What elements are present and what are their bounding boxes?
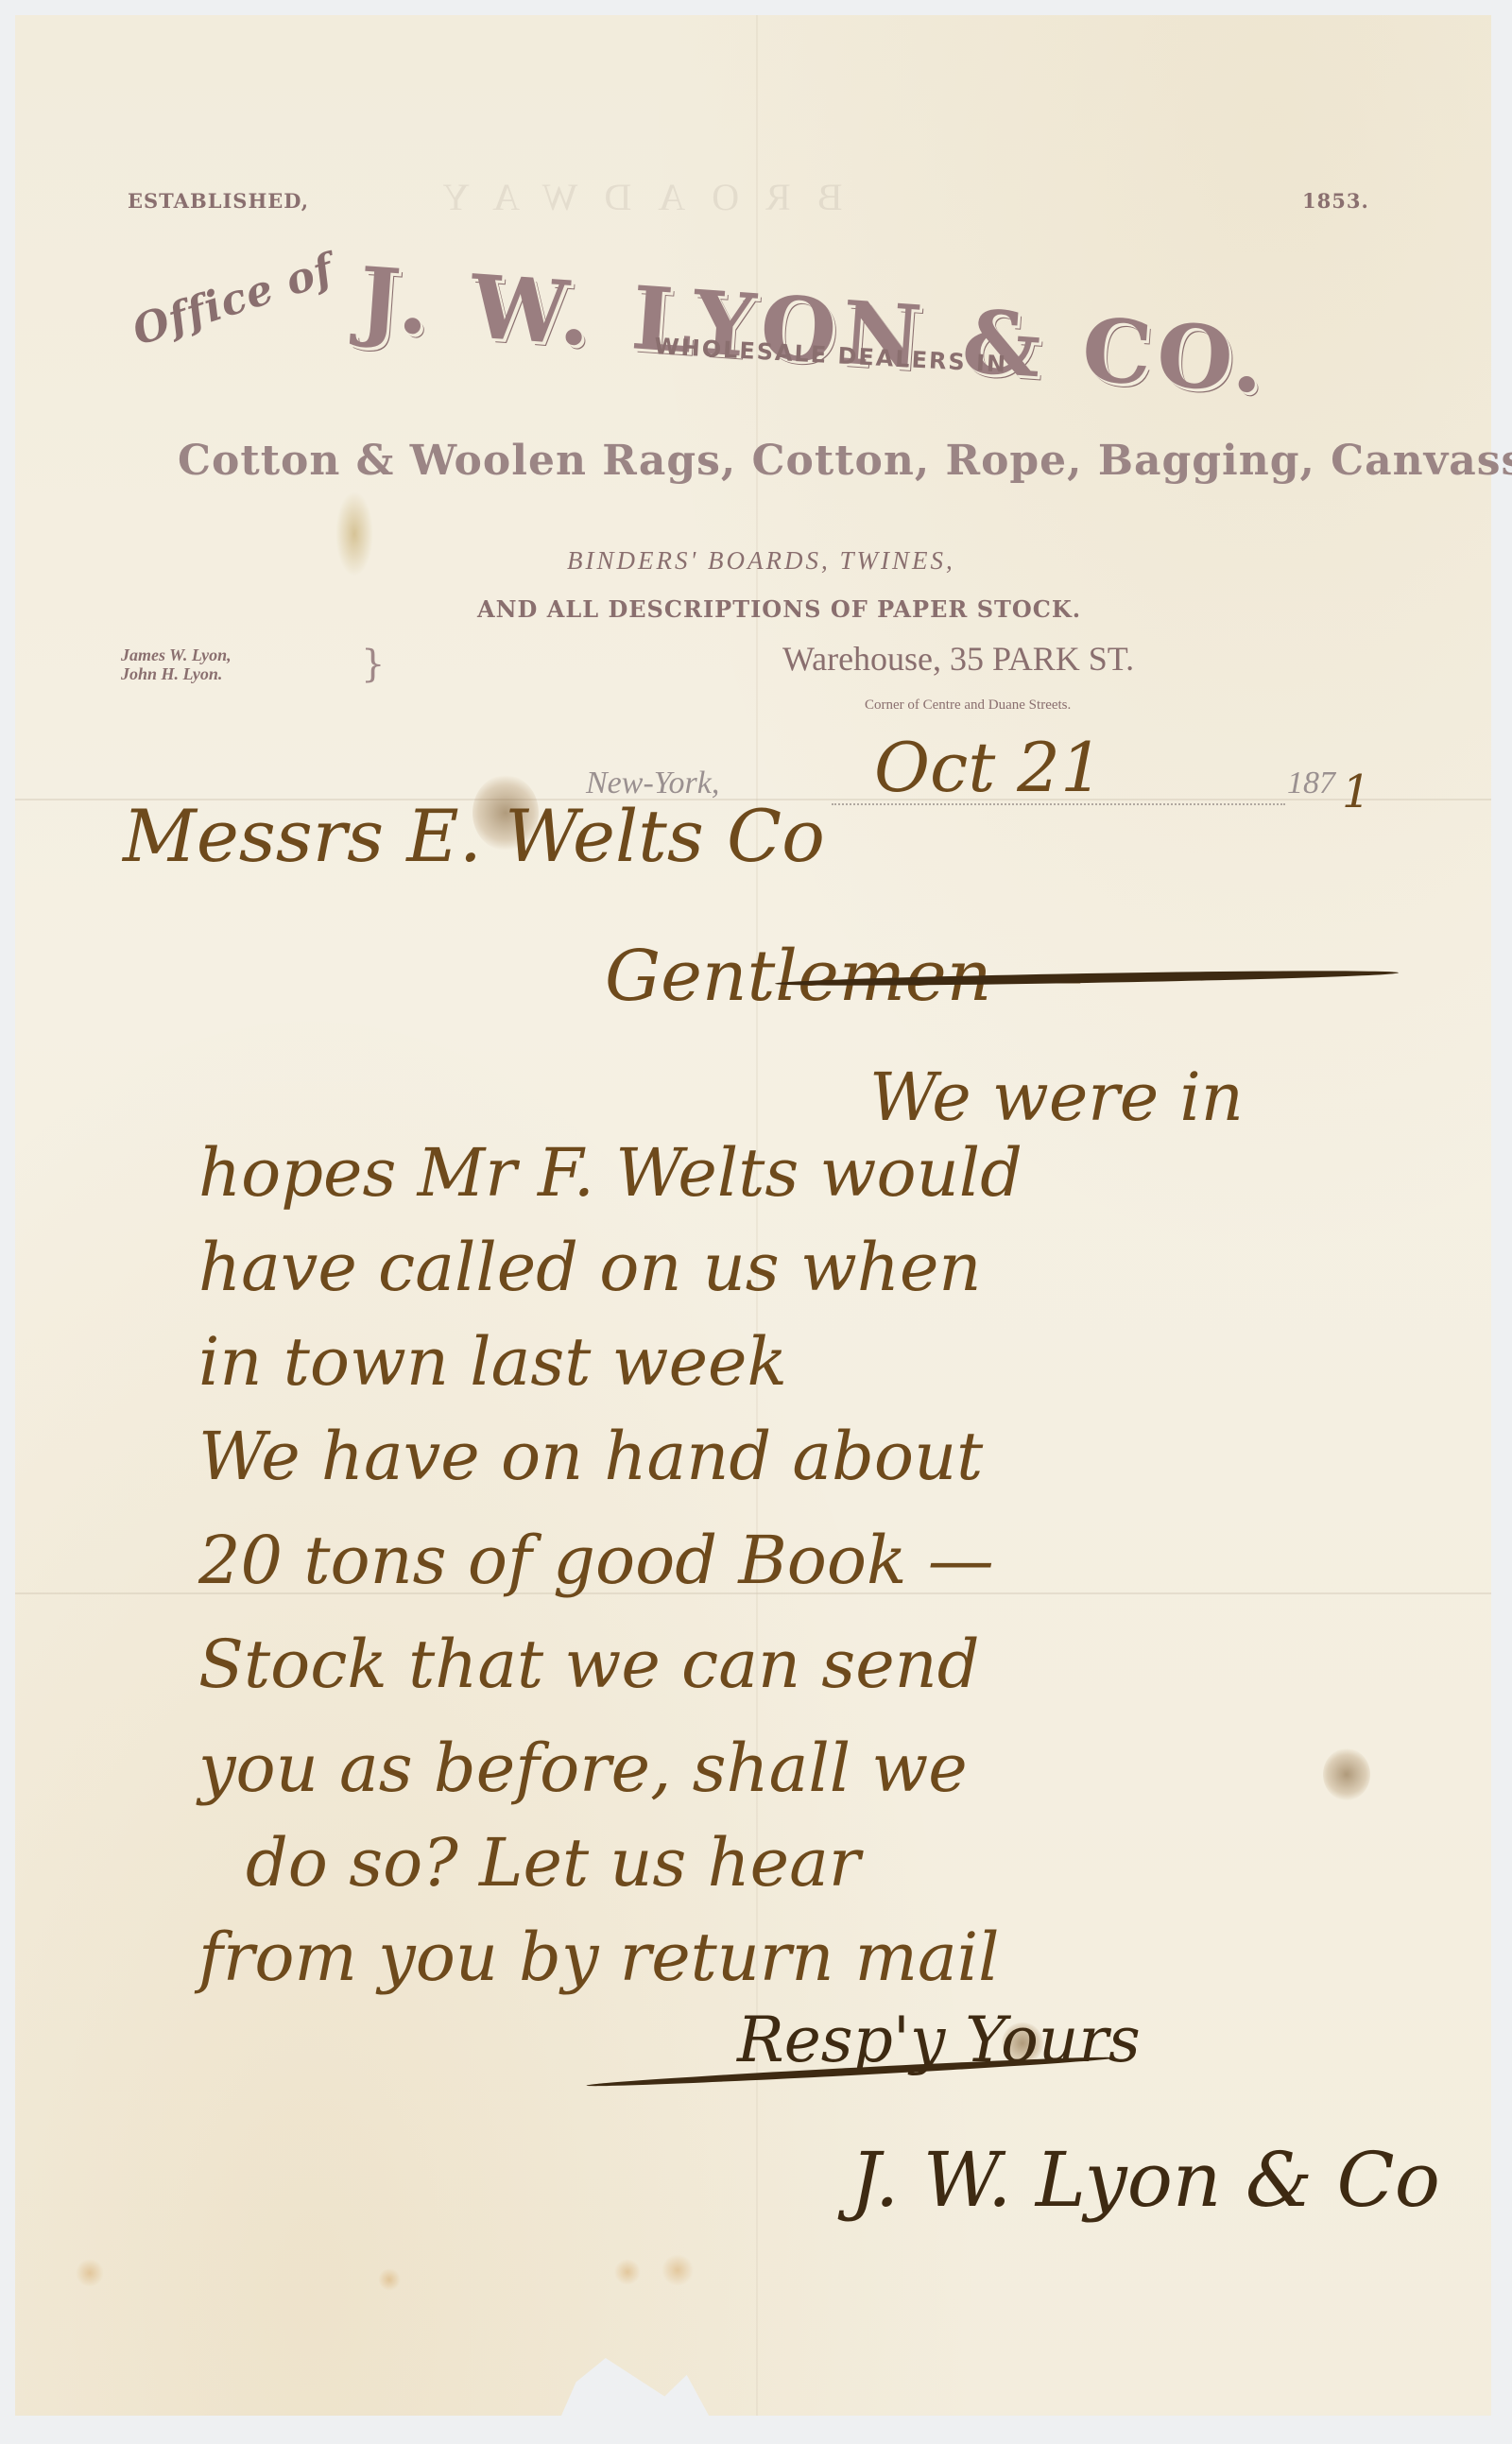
body-line: hopes Mr F. Welts would: [198, 1134, 1022, 1212]
paper-stock-line: AND ALL DESCRIPTIONS OF PAPER STOCK.: [477, 595, 1081, 623]
body-line: We were in: [869, 1058, 1244, 1136]
foxing-spot: [335, 491, 373, 577]
warehouse-address: Warehouse, 35 PARK ST.: [782, 639, 1134, 679]
foxing-spot: [614, 2259, 641, 2285]
partner-names: James W. Lyon, John H. Lyon.: [121, 645, 232, 683]
ink-stain: [1323, 1748, 1370, 1800]
established-label: ESTABLISHED,: [128, 189, 309, 213]
corner-address: Corner of Centre and Duane Streets.: [865, 697, 1071, 714]
goods-line: Cotton & Woolen Rags, Cotton, Rope, Bagg…: [178, 437, 1512, 485]
date-handwritten: Oct 21: [874, 728, 1104, 807]
foxing-spot: [661, 2254, 694, 2286]
recipient-line: Messrs E. Welts Co: [123, 794, 825, 878]
established-year: 1853.: [1302, 189, 1369, 213]
body-line: Stock that we can send: [198, 1626, 980, 1703]
year-handwritten: 1: [1342, 766, 1371, 818]
partner-name: John H. Lyon.: [121, 664, 232, 683]
body-line: We have on hand about: [198, 1418, 983, 1495]
show-through-text: BROADWAY: [416, 175, 842, 219]
body-line: you as before, shall we: [198, 1730, 968, 1807]
body-line: have called on us when: [198, 1229, 981, 1306]
year-printed: 187: [1287, 766, 1335, 801]
body-line: from you by return mail: [198, 1919, 1000, 1996]
brace-icon: }: [361, 643, 385, 686]
signature: J. W. Lyon & Co: [850, 2136, 1440, 2224]
partner-name: James W. Lyon,: [121, 645, 232, 664]
binders-line: BINDERS' BOARDS, TWINES,: [567, 546, 955, 576]
body-line: 20 tons of good Book —: [198, 1522, 994, 1599]
foxing-spot: [76, 2259, 104, 2287]
foxing-spot: [378, 2268, 401, 2291]
body-line: in town last week: [198, 1323, 787, 1401]
body-line: do so? Let us hear: [246, 1824, 860, 1902]
